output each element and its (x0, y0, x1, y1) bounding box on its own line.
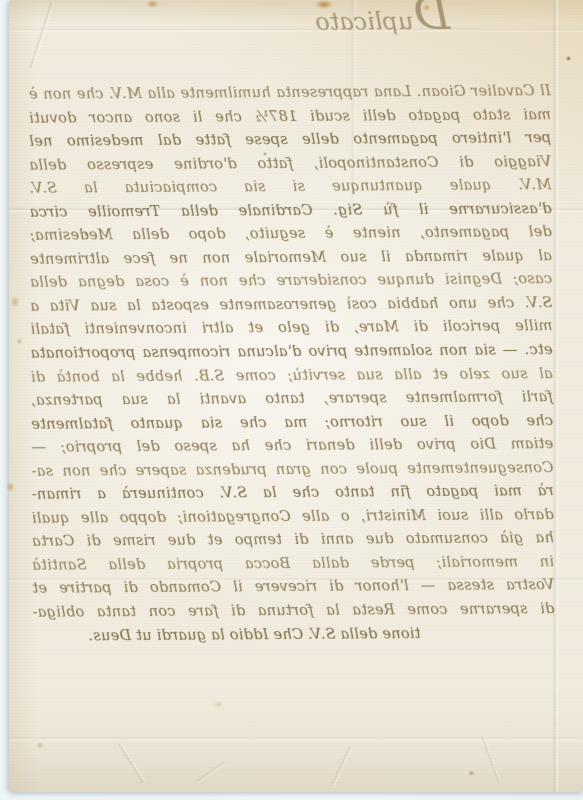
wrinkle (117, 742, 146, 784)
wrinkle (481, 736, 502, 784)
wrinkle (28, 1, 54, 69)
scanned-manuscript-image: Duplicato Il Cavalier Gioan. Lana rappre… (0, 0, 583, 800)
fold-crease-horizontal (9, 207, 583, 213)
wrinkle (330, 746, 352, 786)
fold-crease-vertical (552, 0, 559, 792)
paper-sheet (9, 0, 583, 792)
fold-crease-vertical (350, 0, 357, 210)
fold-crease-horizontal (9, 577, 583, 583)
fold-crease-horizontal (9, 27, 583, 33)
wrinkle (196, 761, 226, 784)
fold-crease-horizontal (9, 736, 583, 742)
